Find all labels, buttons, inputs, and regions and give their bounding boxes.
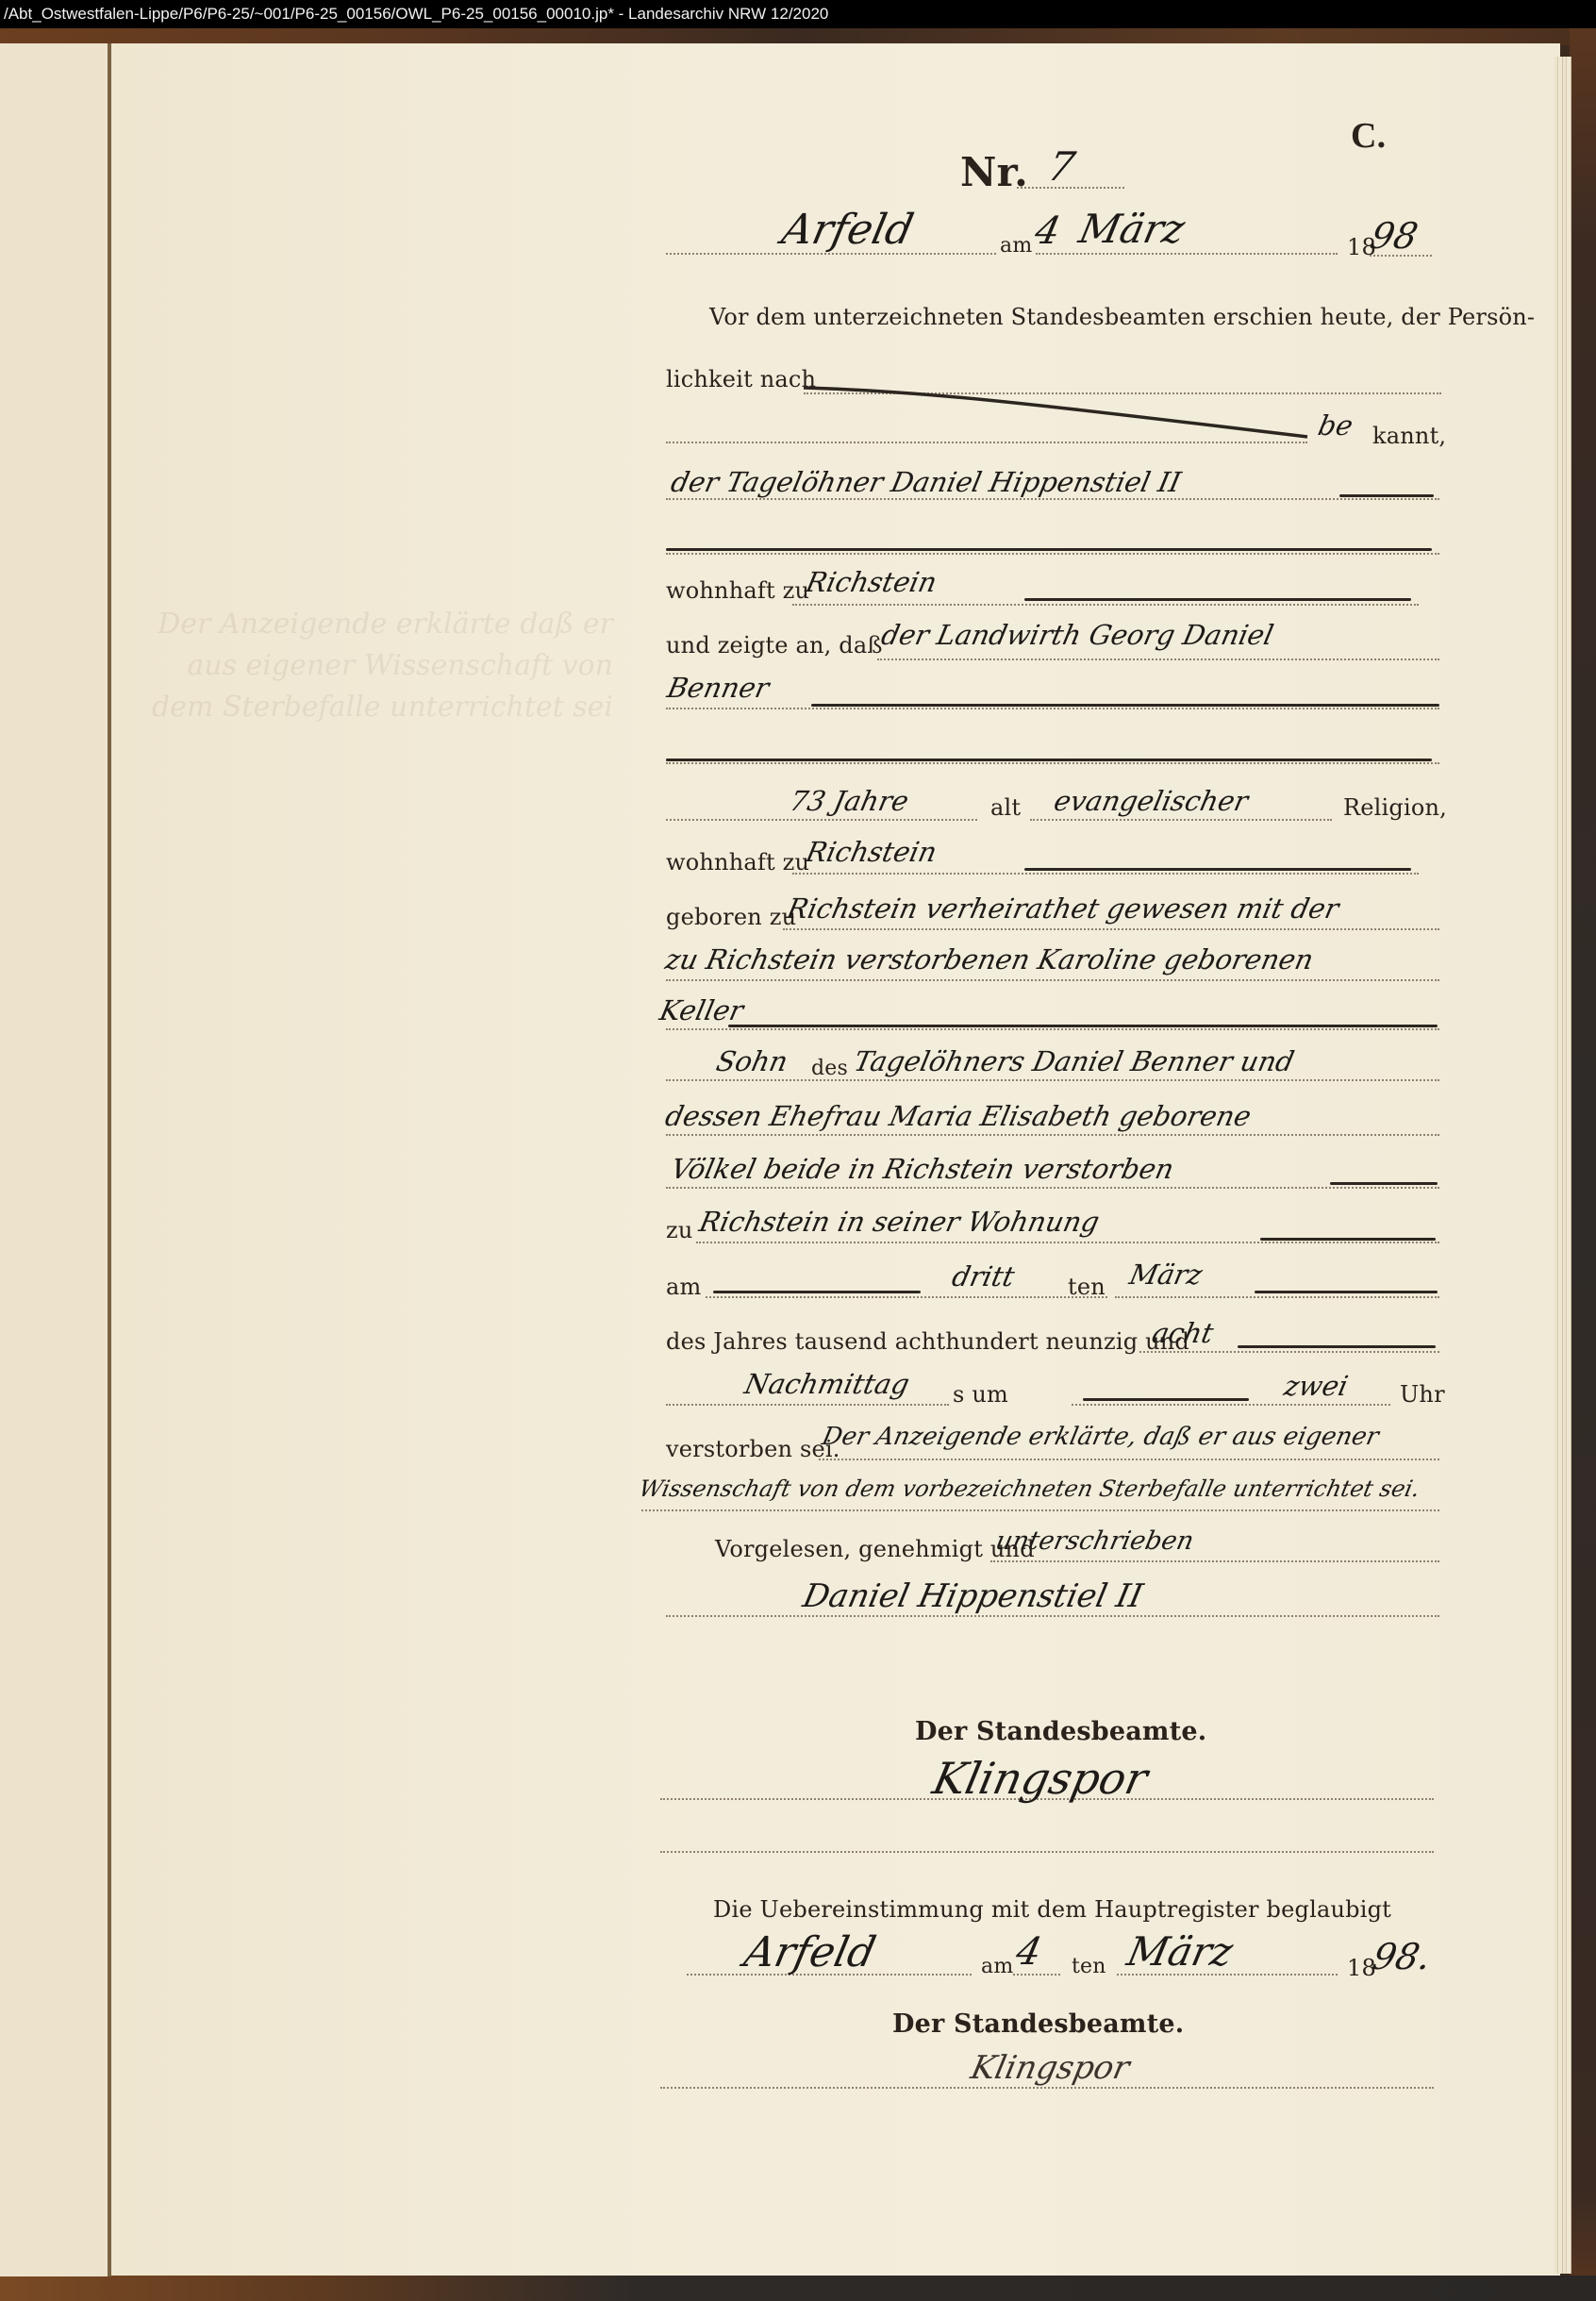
record-number-value: 7 <box>1044 143 1079 190</box>
intro-line-3-field <box>666 442 1307 443</box>
fill-stroke <box>811 704 1439 707</box>
informant-signature-line <box>666 1615 1439 1617</box>
death-hour-line <box>1072 1404 1390 1406</box>
parents-line-1 <box>666 1079 1439 1081</box>
certification-text: Die Uebereinstimmung mit dem Hauptregist… <box>713 1896 1391 1923</box>
death-hour: zwei <box>1281 1370 1351 1402</box>
cert-day-line <box>1013 1974 1060 1976</box>
death-place: Richstein in seiner Wohnung <box>696 1206 1102 1238</box>
fill-stroke <box>1339 494 1434 497</box>
intro-line-1: Vor dem unterzeichneten Standesbeamten e… <box>709 304 1535 330</box>
reported-label: und zeigte an, daß <box>666 632 883 659</box>
header-year-suffix: 98 <box>1367 215 1421 257</box>
deceased-name-line-2 <box>666 708 1439 709</box>
cert-month: März <box>1123 1928 1238 1975</box>
age: 73 Jahre <box>787 785 911 817</box>
cert-officer-signature: Klingspor <box>968 2049 1133 2087</box>
born-2: zu Richstein verstorbenen Karoline gebor… <box>662 943 1316 975</box>
death-place-line <box>696 1242 1439 1243</box>
statement-line-2 <box>641 1509 1439 1511</box>
header-date-line <box>1036 253 1338 255</box>
born-line-3 <box>666 1028 1439 1030</box>
read-label: Vorgelesen, genehmigt und <box>715 1536 1035 1562</box>
intro-line-2-label: lichkeit nach <box>666 366 816 392</box>
fill-stroke <box>1330 1182 1438 1185</box>
informant-residence-line <box>792 604 1419 606</box>
born-label: geboren zu <box>666 904 796 930</box>
parents-1b: Tagelöhners Daniel Benner und <box>851 1045 1297 1077</box>
fill-stroke <box>1260 1238 1436 1241</box>
fill-stroke <box>666 759 1432 761</box>
death-time-line <box>666 1404 949 1406</box>
statement-line-1 <box>819 1459 1439 1460</box>
fill-stroke <box>1238 1345 1436 1348</box>
cert-place: Arfeld <box>740 1928 880 1976</box>
born-3: Keller <box>657 994 746 1026</box>
informant-name-line <box>666 498 1439 500</box>
born-line-1 <box>783 928 1439 930</box>
cert-officer-title: Der Standesbeamte. <box>892 2009 1184 2039</box>
intro-line-3-label: kannt, <box>1372 423 1446 449</box>
religion-label: Religion, <box>1343 794 1447 821</box>
read-hand: unterschrieben <box>993 1526 1197 1556</box>
informant-residence: Richstein <box>803 566 939 598</box>
age-label: alt <box>990 794 1021 821</box>
death-month-line <box>1115 1296 1439 1298</box>
deceased-residence: Richstein <box>803 836 939 868</box>
death-time-of-day: Nachmittag <box>741 1368 912 1400</box>
deceased-name-line-1 <box>877 659 1439 660</box>
fill-stroke <box>1024 868 1411 871</box>
statement-2: Wissenschaft von dem vorbezeichneten Ste… <box>637 1476 1422 1502</box>
blank-line <box>660 1851 1434 1853</box>
parents-line-3 <box>666 1187 1439 1189</box>
record-number-line <box>1017 187 1124 189</box>
cert-year-suffix: 98. <box>1369 1936 1435 1977</box>
death-uhr-label: Uhr <box>1400 1381 1445 1408</box>
parents-1a: Sohn <box>713 1045 790 1077</box>
read-line <box>990 1560 1439 1562</box>
statement-1: Der Anzeigende erklärte, daß er aus eige… <box>820 1423 1381 1451</box>
fill-stroke <box>666 548 1432 551</box>
informant-blank-line <box>666 553 1439 555</box>
death-day: dritt <box>949 1260 1017 1292</box>
cert-day: 4 <box>1012 1930 1045 1974</box>
cancel-stroke <box>802 382 1311 439</box>
born-line-2 <box>666 979 1439 981</box>
header-place: Arfeld <box>778 206 918 254</box>
died-label: verstorben sei. <box>666 1436 840 1462</box>
blank-line <box>666 762 1439 764</box>
intro-line-3-hand: be <box>1315 409 1355 442</box>
header-month: März <box>1075 206 1189 252</box>
cert-ten-label: ten <box>1072 1955 1106 1978</box>
informant-signature: Daniel Hippenstiel II <box>800 1577 1146 1615</box>
death-ten-label: ten <box>1068 1274 1106 1300</box>
age-line <box>666 819 977 821</box>
cert-am-label: am <box>981 1955 1013 1978</box>
officer-title: Der Standesbeamte. <box>915 1717 1206 1746</box>
deceased-residence-label: wohnhaft zu <box>666 849 809 875</box>
death-year-label: des Jahres tausend achthundert neunzig u… <box>666 1328 1189 1355</box>
corner-letter: C. <box>1351 115 1386 157</box>
death-am-label: am <box>666 1274 701 1300</box>
informant-name: der Tagelöhner Daniel Hippenstiel II <box>668 466 1184 498</box>
religion: evangelischer <box>1051 785 1251 817</box>
header-year-line <box>1370 255 1432 257</box>
death-place-label: zu <box>666 1217 693 1243</box>
parents-line-2 <box>666 1134 1439 1136</box>
deceased-name-1: der Landwirth Georg Daniel <box>878 619 1276 651</box>
informant-residence-label: wohnhaft zu <box>666 577 809 604</box>
parents-2: dessen Ehefrau Maria Elisabeth geborene <box>662 1100 1254 1132</box>
death-s-um-label: s um <box>953 1381 1008 1408</box>
officer-signature: Klingspor <box>928 1753 1152 1804</box>
fill-stroke <box>728 1025 1438 1027</box>
header-day: 4 <box>1031 209 1064 253</box>
born-1: Richstein verheirathet gewesen mit der <box>784 892 1341 925</box>
parents-3: Völkel beide in Richstein verstorben <box>668 1153 1176 1185</box>
parents-label: des <box>811 1057 848 1080</box>
header-am-label: am <box>1000 234 1032 258</box>
fill-stroke <box>1083 1398 1249 1401</box>
death-register-form: C. Nr. 7 Arfeld am 4 März 18 98 Vor dem … <box>0 0 1596 2301</box>
fill-stroke <box>1024 598 1411 601</box>
deceased-residence-line <box>792 873 1419 875</box>
deceased-name-2: Benner <box>664 672 772 704</box>
fill-stroke <box>713 1291 921 1293</box>
death-year-line <box>1139 1351 1439 1353</box>
fill-stroke <box>1255 1291 1438 1293</box>
death-month: März <box>1126 1259 1205 1291</box>
death-day-line <box>706 1296 1107 1298</box>
death-year: acht <box>1149 1317 1216 1349</box>
religion-line <box>1030 819 1332 821</box>
cert-officer-signature-line <box>660 2087 1434 2089</box>
